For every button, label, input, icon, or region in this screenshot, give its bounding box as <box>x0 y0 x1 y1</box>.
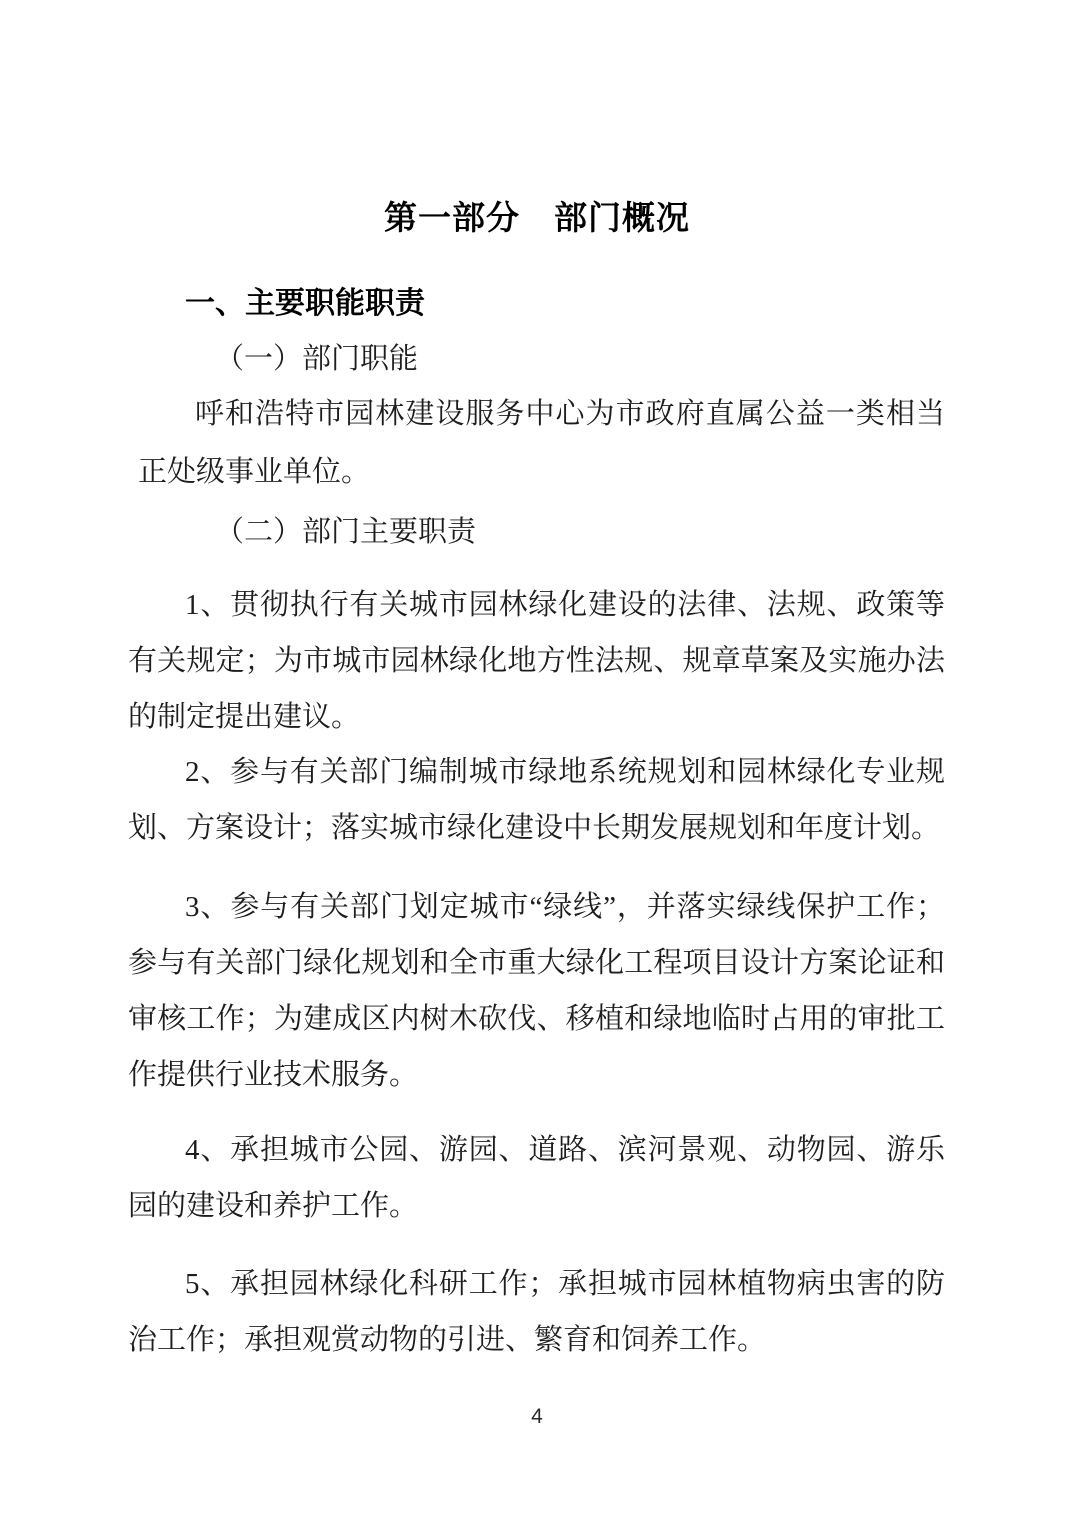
duty-item-2: 2、参与有关部门编制城市绿地系统规划和园林绿化专业规划、方案设计；落实城市绿化建… <box>128 744 945 856</box>
duty-item-5: 5、承担园林绿化科研工作；承担城市园林植物病虫害的防治工作；承担观赏动物的引进、… <box>128 1256 945 1368</box>
page-number: 4 <box>0 1405 1074 1429</box>
duty-item-3: 3、参与有关部门划定城市“绿线”，并落实绿线保护工作；参与有关部门绿化规划和全市… <box>128 879 945 1103</box>
subheading-department-functions: （一）部门职能 <box>128 331 945 387</box>
document-title: 第一部分 部门概况 <box>0 198 1074 238</box>
paragraph-department-intro: 呼和浩特市园林建设服务中心为市政府直属公益一类相当正处级事业单位。 <box>138 385 945 501</box>
section-heading: 一、主要职能职责 <box>185 282 425 326</box>
duty-item-1: 1、贯彻执行有关城市园林绿化建设的法律、法规、政策等有关规定；为市城市园林绿化地… <box>128 577 945 745</box>
duty-item-4: 4、承担城市公园、游园、道路、滨河景观、动物园、游乐园的建设和养护工作。 <box>128 1122 945 1234</box>
subheading-main-duties: （二）部门主要职责 <box>128 504 945 560</box>
document-page: 第一部分 部门概况 一、主要职能职责 （一）部门职能 呼和浩特市园林建设服务中心… <box>0 0 1074 1520</box>
